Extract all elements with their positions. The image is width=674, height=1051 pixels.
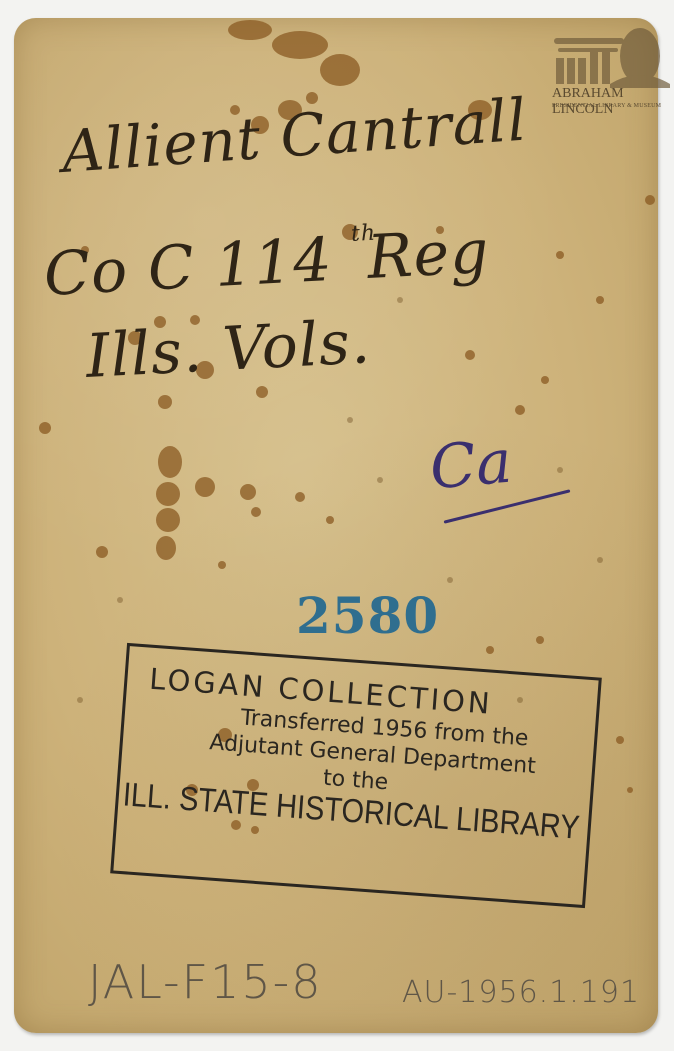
accession-number-stamp: 2580 bbox=[296, 586, 439, 645]
handwritten-initials: Ca bbox=[427, 427, 514, 504]
watermark-title: ABRAHAM LINCOLN bbox=[552, 86, 674, 118]
pencil-accession-number: AU-1956.1.191 bbox=[402, 975, 640, 1010]
logan-collection-stamp: LOGAN COLLECTION Transferred 1956 from t… bbox=[110, 643, 602, 908]
watermark-subtitle: PRESIDENTIAL LIBRARY & MUSEUM bbox=[552, 103, 661, 109]
unit-regiment: Reg bbox=[365, 217, 491, 293]
pencil-catalog-number: JAL-F15-8 bbox=[88, 955, 323, 1009]
handwritten-unit-line-2: Ills. Vols. bbox=[84, 307, 372, 392]
